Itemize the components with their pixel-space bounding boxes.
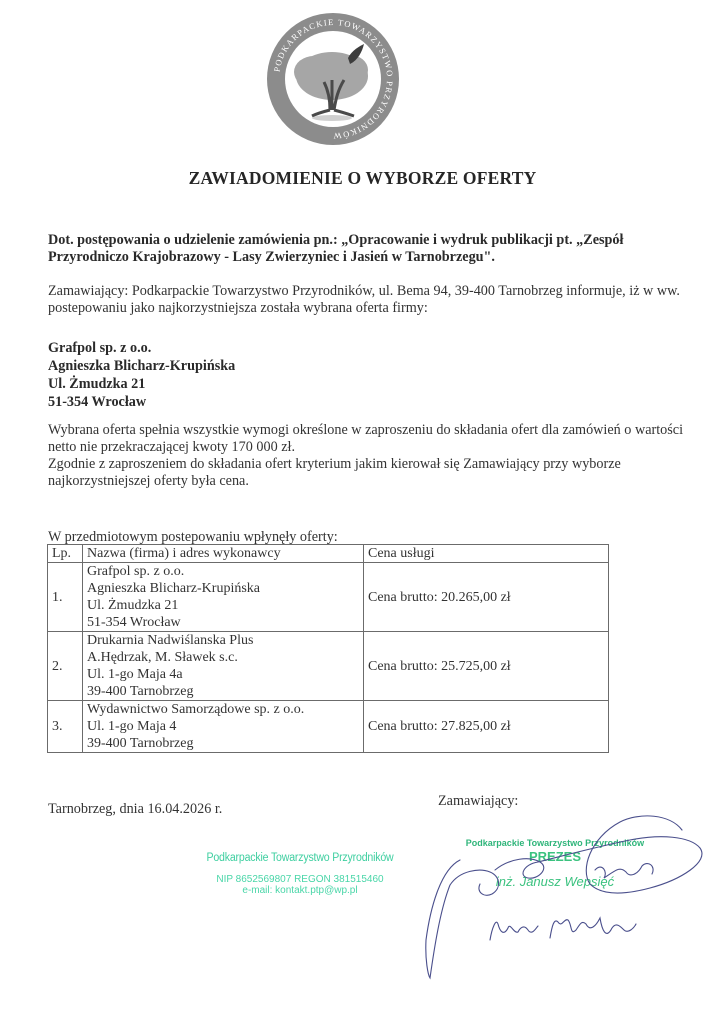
winner-contact: Agnieszka Blicharz-Krupińska [48, 357, 688, 375]
contractor-line: Drukarnia Nadwiślanska Plus [87, 632, 359, 649]
requirements-paragraph: Wybrana oferta spełnia wszystkie wymogi … [48, 422, 688, 456]
contractor-line: Ul. 1-go Maja 4 [87, 718, 359, 735]
table-row: 2. Drukarnia Nadwiślanska Plus A.Hędrzak… [48, 632, 609, 701]
stamp-email: e-mail: kontakt.ptp@wp.pl [190, 885, 410, 896]
document-title: ZAWIADOMIENIE O WYBORZE OFERTY [0, 168, 725, 189]
date-line: Tarnobrzeg, dnia 16.04.2026 r. [48, 801, 222, 818]
row-lp: 1. [48, 563, 83, 632]
contractor-line: Wydawnictwo Samorządowe sp. z o.o. [87, 701, 359, 718]
row-price: Cena brutto: 27.825,00 zł [364, 701, 609, 753]
contractor-line: Agnieszka Blicharz-Krupińska [87, 580, 359, 597]
contractor-line: 39-400 Tarnobrzeg [87, 683, 359, 700]
table-header-row: Lp. Nazwa (firma) i adres wykonawcy Cena… [48, 545, 609, 563]
row-contractor: Drukarnia Nadwiślanska Plus A.Hędrzak, M… [83, 632, 364, 701]
handwritten-signatures-icon [420, 800, 710, 1000]
contractor-line: Ul. 1-go Maja 4a [87, 666, 359, 683]
selection-criteria: Wybrana oferta spełnia wszystkie wymogi … [48, 422, 688, 490]
row-contractor: Wydawnictwo Samorządowe sp. z o.o. Ul. 1… [83, 701, 364, 753]
intro-paragraph: Zamawiający: Podkarpackie Towarzystwo Pr… [48, 283, 688, 317]
procurement-subject: Dot. postępowania o udzielenie zamówieni… [48, 232, 688, 266]
contractor-line: 51-354 Wrocław [87, 614, 359, 631]
winner-company: Grafpol sp. z o.o. [48, 339, 688, 357]
tree-emblem-icon: PODKARPACKIE TOWARZYSTWO PRZYRODNIKÓW [264, 10, 402, 148]
contractor-line: A.Hędrzak, M. Sławek s.c. [87, 649, 359, 666]
organization-stamp: Podkarpackie Towarzystwo Przyrodników NI… [190, 852, 410, 896]
stamp-ids: NIP 8652569807 REGON 381515460 [190, 874, 410, 885]
header-name: Nazwa (firma) i adres wykonawcy [83, 545, 364, 563]
winner-street: Ul. Żmudzka 21 [48, 375, 688, 393]
row-price: Cena brutto: 25.725,00 zł [364, 632, 609, 701]
winning-offer-address: Grafpol sp. z o.o. Agnieszka Blicharz-Kr… [48, 339, 688, 411]
row-lp: 3. [48, 701, 83, 753]
winner-city: 51-354 Wrocław [48, 393, 688, 411]
row-contractor: Grafpol sp. z o.o. Agnieszka Blicharz-Kr… [83, 563, 364, 632]
criterion-paragraph: Zgodnie z zaproszeniem do składania ofer… [48, 456, 688, 490]
contractor-line: Ul. Żmudzka 21 [87, 597, 359, 614]
table-row: 1. Grafpol sp. z o.o. Agnieszka Blicharz… [48, 563, 609, 632]
stamp-org-name: Podkarpackie Towarzystwo Przyrodników [199, 852, 401, 864]
contractor-line: Grafpol sp. z o.o. [87, 563, 359, 580]
offers-table: Lp. Nazwa (firma) i adres wykonawcy Cena… [47, 544, 609, 753]
header-price: Cena usługi [364, 545, 609, 563]
header-lp: Lp. [48, 545, 83, 563]
table-row: 3. Wydawnictwo Samorządowe sp. z o.o. Ul… [48, 701, 609, 753]
row-lp: 2. [48, 632, 83, 701]
row-price: Cena brutto: 20.265,00 zł [364, 563, 609, 632]
contractor-line: 39-400 Tarnobrzeg [87, 735, 359, 752]
organization-logo: PODKARPACKIE TOWARZYSTWO PRZYRODNIKÓW [264, 10, 402, 148]
